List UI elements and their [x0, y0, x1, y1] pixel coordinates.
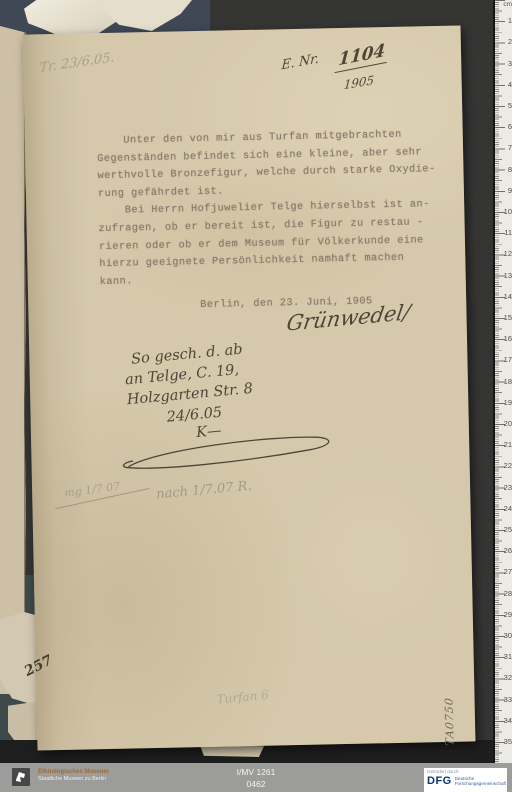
- pencil-date-note: Tr. 23/6.05.: [39, 50, 114, 76]
- ruler-number: 5: [508, 101, 512, 110]
- pencil-turfan-note: Turfan 6: [216, 688, 269, 707]
- ruler-number: 10: [504, 207, 512, 216]
- footer-bar: Ethnologisches Museum Staatliche Museen …: [0, 763, 512, 792]
- ruler-number: 9: [508, 186, 512, 195]
- ruler-number: 17: [504, 355, 512, 364]
- torn-page-edge-strip: [0, 26, 26, 694]
- ruler-number: 35: [504, 737, 512, 746]
- ruler-number: 25: [504, 525, 512, 534]
- ruler-number: 27: [504, 567, 512, 576]
- dfg-logo: Gefördert durch DFG Deutsche Forschungsg…: [424, 768, 507, 792]
- dfg-caption: Gefördert durch: [427, 769, 504, 774]
- ruler-number: 20: [504, 419, 512, 428]
- ruler-number: 1: [508, 16, 512, 25]
- entry-number-label: E. Nr.: [281, 51, 319, 73]
- ruler-number: 26: [504, 546, 512, 555]
- ruler-number: 12: [504, 249, 512, 258]
- ruler-number: 32: [504, 673, 512, 682]
- ruler-number: 3: [508, 59, 512, 68]
- ruler-number: 33: [504, 695, 512, 704]
- typed-letter-text: Unter den von mir aus Turfan mitgebracht…: [97, 126, 452, 292]
- ruler-number: 18: [504, 377, 512, 386]
- ruler-number: 23: [504, 483, 512, 492]
- ruler-unit-label: cm: [503, 1, 512, 8]
- entry-number-year: 1905: [343, 73, 374, 92]
- ruler-number: 31: [504, 652, 512, 661]
- ruler-number: 29: [504, 610, 512, 619]
- ruler-number: 13: [504, 271, 512, 280]
- ruler-number: 34: [504, 716, 512, 725]
- ruler-number: 14: [504, 292, 512, 301]
- ink-flourish-underline: [117, 427, 345, 477]
- ruler-number: 28: [504, 589, 512, 598]
- page-stain: [271, 445, 476, 669]
- ruler-number: 2: [508, 37, 512, 46]
- dfg-acronym: DFG: [427, 775, 452, 787]
- ruler-number: 21: [504, 440, 512, 449]
- ruler-number: 16: [504, 334, 512, 343]
- entry-number-value: 1104: [335, 40, 389, 73]
- ruler-number: 24: [504, 504, 512, 513]
- ruler-number: 7: [508, 143, 512, 152]
- measuring-ruler: cm 1234567891011121314151617181920212223…: [493, 0, 512, 763]
- ruler-number: 6: [508, 122, 512, 131]
- dfg-full-name: Deutsche Forschungsgemeinschaft: [455, 776, 495, 786]
- edge-number-vertical: TA0750: [442, 667, 457, 746]
- ruler-number: 8: [508, 165, 512, 174]
- ruler-number: 4: [508, 80, 512, 89]
- ruler-number: 19: [504, 398, 512, 407]
- ruler-number: 30: [504, 631, 512, 640]
- handwritten-dispatch-note: So gesch. d. ab an Telge, C. 19, Holzgar…: [123, 333, 355, 492]
- document-page: Tr. 23/6.05. E. Nr. 1104 1905 Unter den …: [23, 25, 476, 750]
- ruler-number: 11: [504, 228, 512, 237]
- ruler-number: 22: [504, 461, 512, 470]
- scanned-archive-photo: Tr. 23/6.05. E. Nr. 1104 1905 Unter den …: [0, 0, 512, 792]
- ruler-number: 15: [504, 313, 512, 322]
